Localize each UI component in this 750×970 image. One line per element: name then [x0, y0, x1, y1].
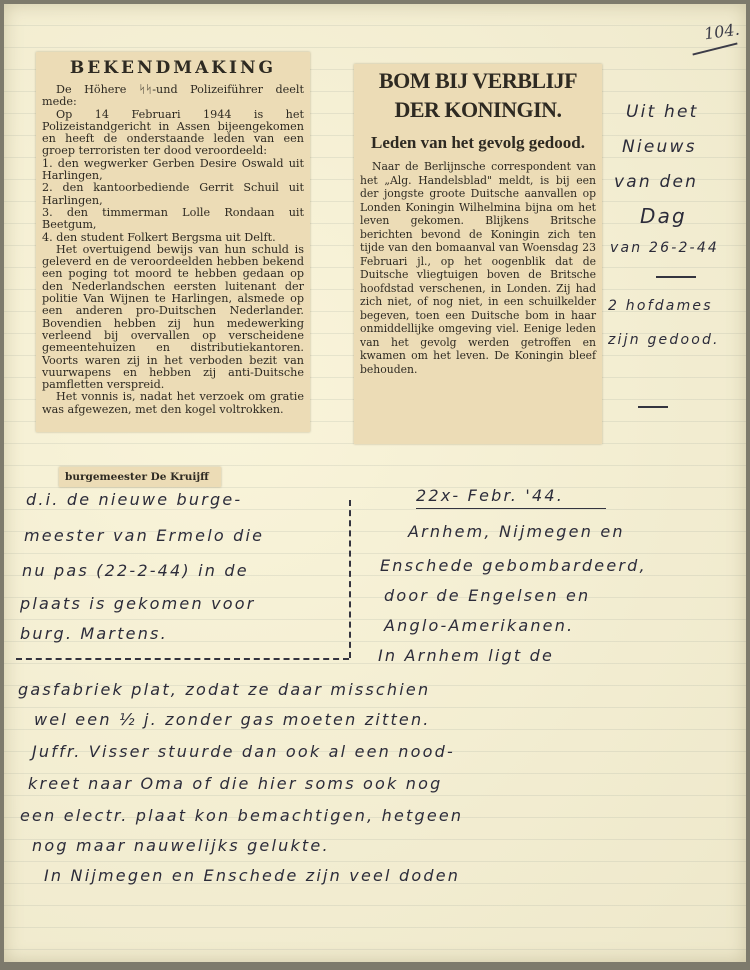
clipping-paragraph: Het overtuigend bewijs van hun schuld is…: [42, 244, 304, 392]
handwritten-line: gasfabriek plat, zodat ze daar misschien: [18, 680, 430, 699]
scrapbook-page: 104. BEKENDMAKING De Höhere ᛋᛋ-und Poliz…: [4, 4, 746, 962]
clipping-list-item: 1. den wegwerker Gerben Desire Oswald ui…: [42, 158, 304, 183]
clipping-list-item: 2. den kantoorbediende Gerrit Schuil uit…: [42, 182, 304, 207]
clipping-headline: BOM BIJ VERBLIJF DER KONINGIN.: [360, 66, 596, 124]
handwritten-line: nog maar nauwelijks gelukte.: [32, 836, 330, 855]
handwritten-line: Anglo-Amerikanen.: [384, 616, 574, 635]
margin-note-line: Nieuws: [622, 137, 697, 157]
clipping-subhead: Leden van het gevolg gedood.: [360, 132, 596, 154]
handwritten-line: nu pas (22-2-44) in de: [22, 561, 249, 580]
handwritten-line: In Arnhem ligt de: [378, 646, 554, 665]
headline-line: DER KONINGIN.: [360, 95, 596, 124]
handwritten-line: In Nijmegen en Enschede zijn veel doden: [44, 866, 460, 885]
clipping-headline: BEKENDMAKING: [42, 58, 304, 78]
handwritten-date: 22x- Febr. '44.: [416, 486, 564, 505]
handwritten-line: meester van Ermelo die: [24, 526, 264, 545]
page-number: 104.: [703, 20, 741, 44]
margin-divider: [638, 406, 668, 408]
handwritten-line: Juffr. Visser stuurde dan ook al een noo…: [32, 742, 455, 761]
margin-note-line: Uit het: [626, 102, 699, 122]
clipping-body: De Höhere ᛋᛋ-und Polizeiführer deelt med…: [42, 84, 304, 416]
handwritten-line: een electr. plaat kon bemachtigen, hetge…: [20, 806, 463, 825]
handwritten-line: door de Engelsen en: [384, 586, 590, 605]
page-number-underline: [692, 42, 737, 55]
margin-note-line: van 26-2-44: [610, 240, 719, 256]
dashed-divider-vertical: [349, 500, 351, 658]
handwritten-line: Arnhem, Nijmegen en: [408, 522, 625, 541]
clipping-bekendmaking: BEKENDMAKING De Höhere ᛋᛋ-und Polizeifüh…: [36, 52, 310, 432]
margin-note-line: Dag: [640, 204, 687, 228]
clipping-bom-bij-verblijf: BOM BIJ VERBLIJF DER KONINGIN. Leden van…: [354, 64, 602, 444]
date-underline: [416, 508, 606, 509]
handwritten-line: kreet naar Oma of die hier soms ook nog: [28, 774, 442, 793]
margin-divider: [656, 276, 696, 278]
handwritten-line: burg. Martens.: [20, 624, 168, 643]
clipping-body: Naar de Berlijnsche correspondent van he…: [360, 160, 596, 376]
margin-note-line: zijn gedood.: [608, 332, 720, 348]
clipping-paragraph: Op 14 Februari 1944 is het Polizeistandg…: [42, 109, 304, 158]
handwritten-line: plaats is gekomen voor: [20, 594, 256, 613]
clipping-list-item: 3. den timmerman Lolle Rondaan uit Beetg…: [42, 207, 304, 232]
headline-line: BOM BIJ VERBLIJF: [360, 66, 596, 95]
clipping-paragraph: Het vonnis is, nadat het verzoek om grat…: [42, 391, 304, 416]
handwritten-line: Enschede gebombardeerd,: [380, 556, 647, 575]
clipping-paragraph: De Höhere ᛋᛋ-und Polizeiführer deelt med…: [42, 84, 304, 109]
clipping-paragraph: Naar de Berlijnsche correspondent van he…: [360, 160, 596, 376]
clipping-caption: burgemeester De Kruijff: [59, 467, 221, 487]
margin-note-line: 2 hofdames: [608, 298, 713, 314]
handwritten-line: wel een ½ j. zonder gas moeten zitten.: [34, 710, 431, 729]
clipping-list-item: 4. den student Folkert Bergsma uit Delft…: [42, 232, 304, 244]
handwritten-line: d.i. de nieuwe burge-: [26, 490, 242, 509]
margin-note-line: van den: [614, 172, 698, 192]
dashed-divider-horizontal: [16, 658, 349, 660]
